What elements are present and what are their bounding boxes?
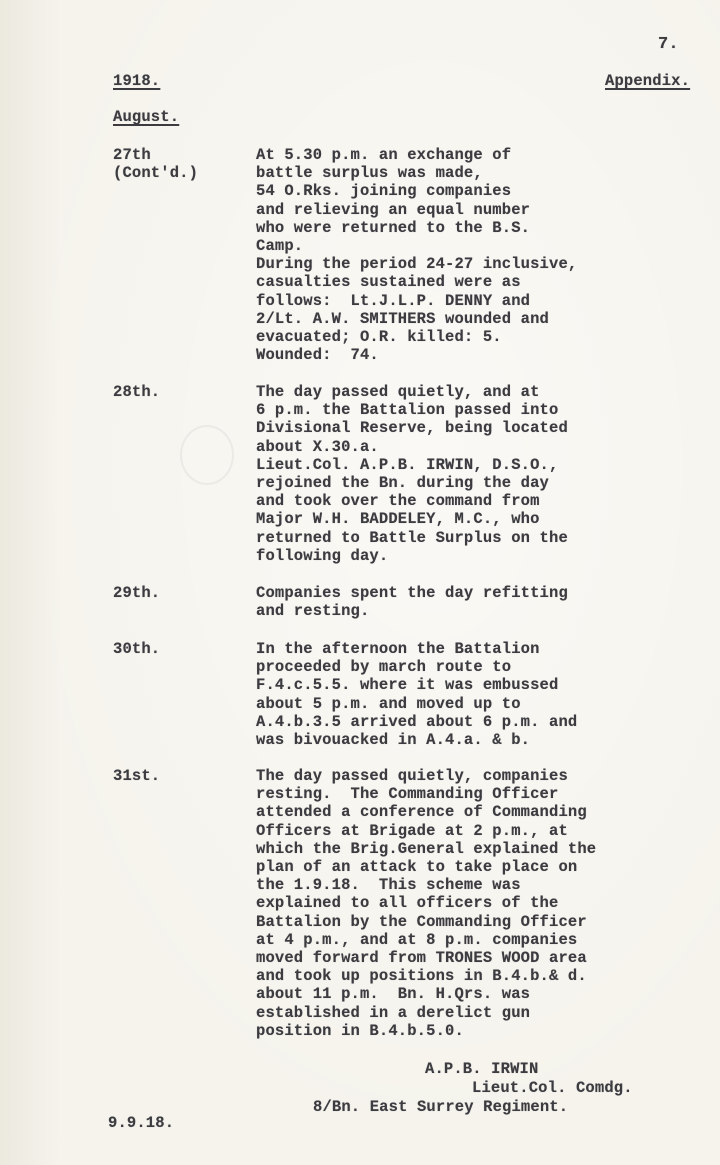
entry-text-30th: In the afternoon the Battalion proceeded… (256, 640, 577, 749)
appendix-heading: Appendix. (605, 72, 690, 90)
entry-date-28th: 28th. (113, 383, 160, 401)
entry-text-27th: At 5.30 p.m. an exchange of battle surpl… (256, 146, 577, 364)
signature-rank: Lieut.Col. Comdg. (472, 1079, 633, 1097)
signature-name: A.P.B. IRWIN (425, 1060, 538, 1078)
faint-stamp-mark (180, 425, 234, 485)
signature-unit: 8/Bn. East Surrey Regiment. (313, 1098, 568, 1116)
month-heading: August. (113, 108, 179, 126)
entry-text-28th: The day passed quietly, and at 6 p.m. th… (256, 383, 568, 565)
footer-date: 9.9.18. (108, 1114, 174, 1132)
entry-date-29th: 29th. (113, 584, 160, 602)
page-number: 7. (658, 36, 679, 54)
entry-date-31st: 31st. (113, 767, 160, 785)
entry-date-27th: 27th (Cont'd.) (113, 146, 198, 182)
entry-text-31st: The day passed quietly, companies restin… (256, 767, 596, 1040)
paper-edge-shading (0, 0, 60, 1165)
entry-text-29th: Companies spent the day refitting and re… (256, 584, 568, 620)
entry-date-30th: 30th. (113, 640, 160, 658)
year-heading: 1918. (113, 72, 160, 90)
